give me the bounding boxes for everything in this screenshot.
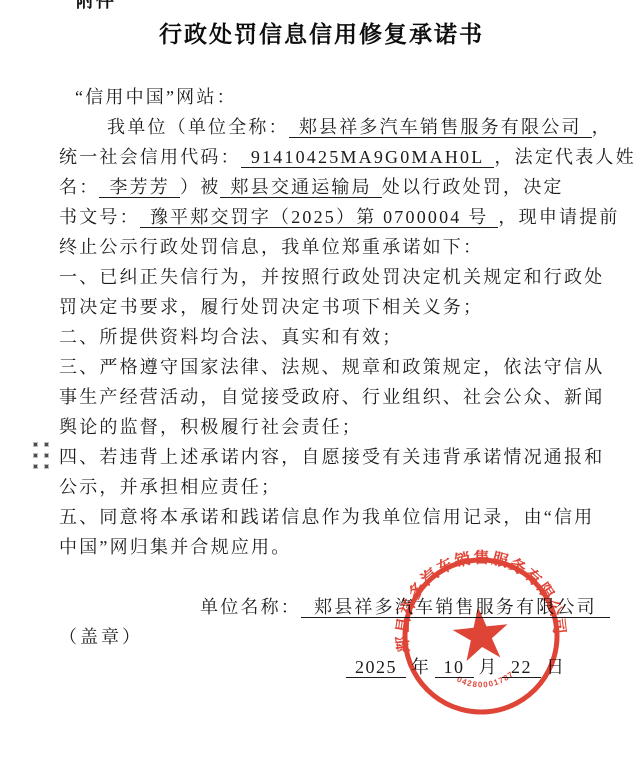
date-month: 10 xyxy=(435,657,474,678)
document-line: 公示，并承担相应责任； xyxy=(59,472,629,502)
document-line: “信用中国”网站： xyxy=(59,82,629,112)
text-segment: 一、已纠正失信行为，并按照行政处罚决定机关规定和行政处 xyxy=(59,267,604,287)
document-line: 一、已纠正失信行为，并按照行政处罚决定机关规定和行政处 xyxy=(59,262,629,292)
grip-dot xyxy=(44,453,49,458)
company-seal-stamp: 郏县祥多汽车销售服务有限公司 04280001787 xyxy=(386,541,575,730)
text-segment: 处以行政处罚，决定 xyxy=(382,177,564,197)
drag-handle-icon[interactable] xyxy=(33,442,49,469)
text-segment: 中国”网归集并合规应用。 xyxy=(59,537,291,557)
text-segment: 五、同意将本承诺和践诺信息作为我单位信用记录，由“信用 xyxy=(59,507,594,527)
date-day: 22 xyxy=(502,657,541,678)
grip-dot xyxy=(33,442,38,447)
text-segment: 统一社会信用代码： xyxy=(59,147,241,167)
text-segment: ，法定代表人姓 xyxy=(494,147,635,167)
underlined-field: 李芳芳 xyxy=(99,177,180,198)
underlined-field: 郏县交通运输局 xyxy=(220,177,381,198)
text-segment: 我单位（单位全称： xyxy=(107,117,289,137)
date-line: 2025年10月22日 xyxy=(346,652,570,682)
document-body: “信用中国”网站：我单位（单位全称：郏县祥多汽车销售服务有限公司，统一社会信用代… xyxy=(59,82,629,562)
document-line: 名：李芳芳）被郏县交通运输局处以行政处罚，决定 xyxy=(59,172,629,202)
grip-dot xyxy=(33,464,38,469)
underlined-field: 91410425MA9G0MAH0L xyxy=(241,147,495,168)
document-title: 行政处罚信息信用修复承诺书 xyxy=(0,16,643,49)
grip-dot xyxy=(44,442,49,447)
text-segment: 名： xyxy=(59,177,99,197)
date-month-unit: 月 xyxy=(479,657,499,677)
document-line: 终止公示行政处罚信息，我单位郑重承诺如下： xyxy=(59,232,629,262)
document-line: 我单位（单位全称：郏县祥多汽车销售服务有限公司， xyxy=(59,112,629,142)
underlined-field: 豫平郏交罚字（2025）第 0700004 号 xyxy=(140,207,499,228)
document-line: 二、所提供资料均合法、真实和有效； xyxy=(59,322,629,352)
text-segment: ）被 xyxy=(180,177,220,197)
date-day-unit: 日 xyxy=(546,657,566,677)
unit-name-value: 郏县祥多汽车销售服务有限公司 xyxy=(301,597,610,618)
text-segment: ，现申请提前 xyxy=(498,207,619,227)
grip-dot xyxy=(33,453,38,458)
document-line: 三、严格遵守国家法律、法规、规章和政策规定，依法守信从 xyxy=(59,352,629,382)
document-line: 罚决定书要求，履行处罚决定书项下相关义务； xyxy=(59,292,629,322)
date-year-unit: 年 xyxy=(411,657,431,677)
document-line: 书文号：豫平郏交罚字（2025）第 0700004 号，现申请提前 xyxy=(59,202,629,232)
document-line: 事生产经营活动，自觉接受政府、行业组织、社会公众、新闻 xyxy=(59,382,629,412)
seal-note: （盖章） xyxy=(59,622,143,652)
text-segment: 终止公示行政处罚信息，我单位郑重承诺如下： xyxy=(59,237,483,257)
unit-name-label: 单位名称： xyxy=(200,597,301,617)
document-line: 中国”网归集并合规应用。 xyxy=(59,532,629,562)
signature-unit-line: 单位名称：郏县祥多汽车销售服务有限公司 xyxy=(200,592,610,622)
text-segment: ， xyxy=(592,117,612,137)
grip-dot xyxy=(44,464,49,469)
document-line: 五、同意将本承诺和践诺信息作为我单位信用记录，由“信用 xyxy=(59,502,629,532)
text-segment: 三、严格遵守国家法律、法规、规章和政策规定，依法守信从 xyxy=(59,357,604,377)
attachment-label: 附件 xyxy=(76,0,116,13)
document-line: 舆论的监督，积极履行社会责任； xyxy=(59,412,629,442)
document-page: 附件 行政处罚信息信用修复承诺书 “信用中国”网站：我单位（单位全称：郏县祥多汽… xyxy=(0,0,643,776)
text-segment: 二、所提供资料均合法、真实和有效； xyxy=(59,327,402,347)
text-segment: 公示，并承担相应责任； xyxy=(59,477,281,497)
document-line: 统一社会信用代码：91410425MA9G0MAH0L，法定代表人姓 xyxy=(59,142,629,172)
text-segment: 四、若违背上述承诺内容，自愿接受有关违背承诺情况通报和 xyxy=(59,447,604,467)
document-line: 四、若违背上述承诺内容，自愿接受有关违背承诺情况通报和 xyxy=(59,442,629,472)
seal-ring xyxy=(397,552,564,719)
text-segment: 罚决定书要求，履行处罚决定书项下相关义务； xyxy=(59,297,483,317)
text-segment: 书文号： xyxy=(59,207,140,227)
text-segment: 舆论的监督，积极履行社会责任； xyxy=(59,417,362,437)
date-year: 2025 xyxy=(346,657,406,678)
text-segment: 事生产经营活动，自觉接受政府、行业组织、社会公众、新闻 xyxy=(59,387,604,407)
text-segment: “信用中国”网站： xyxy=(75,87,237,107)
underlined-field: 郏县祥多汽车销售服务有限公司 xyxy=(289,117,592,138)
